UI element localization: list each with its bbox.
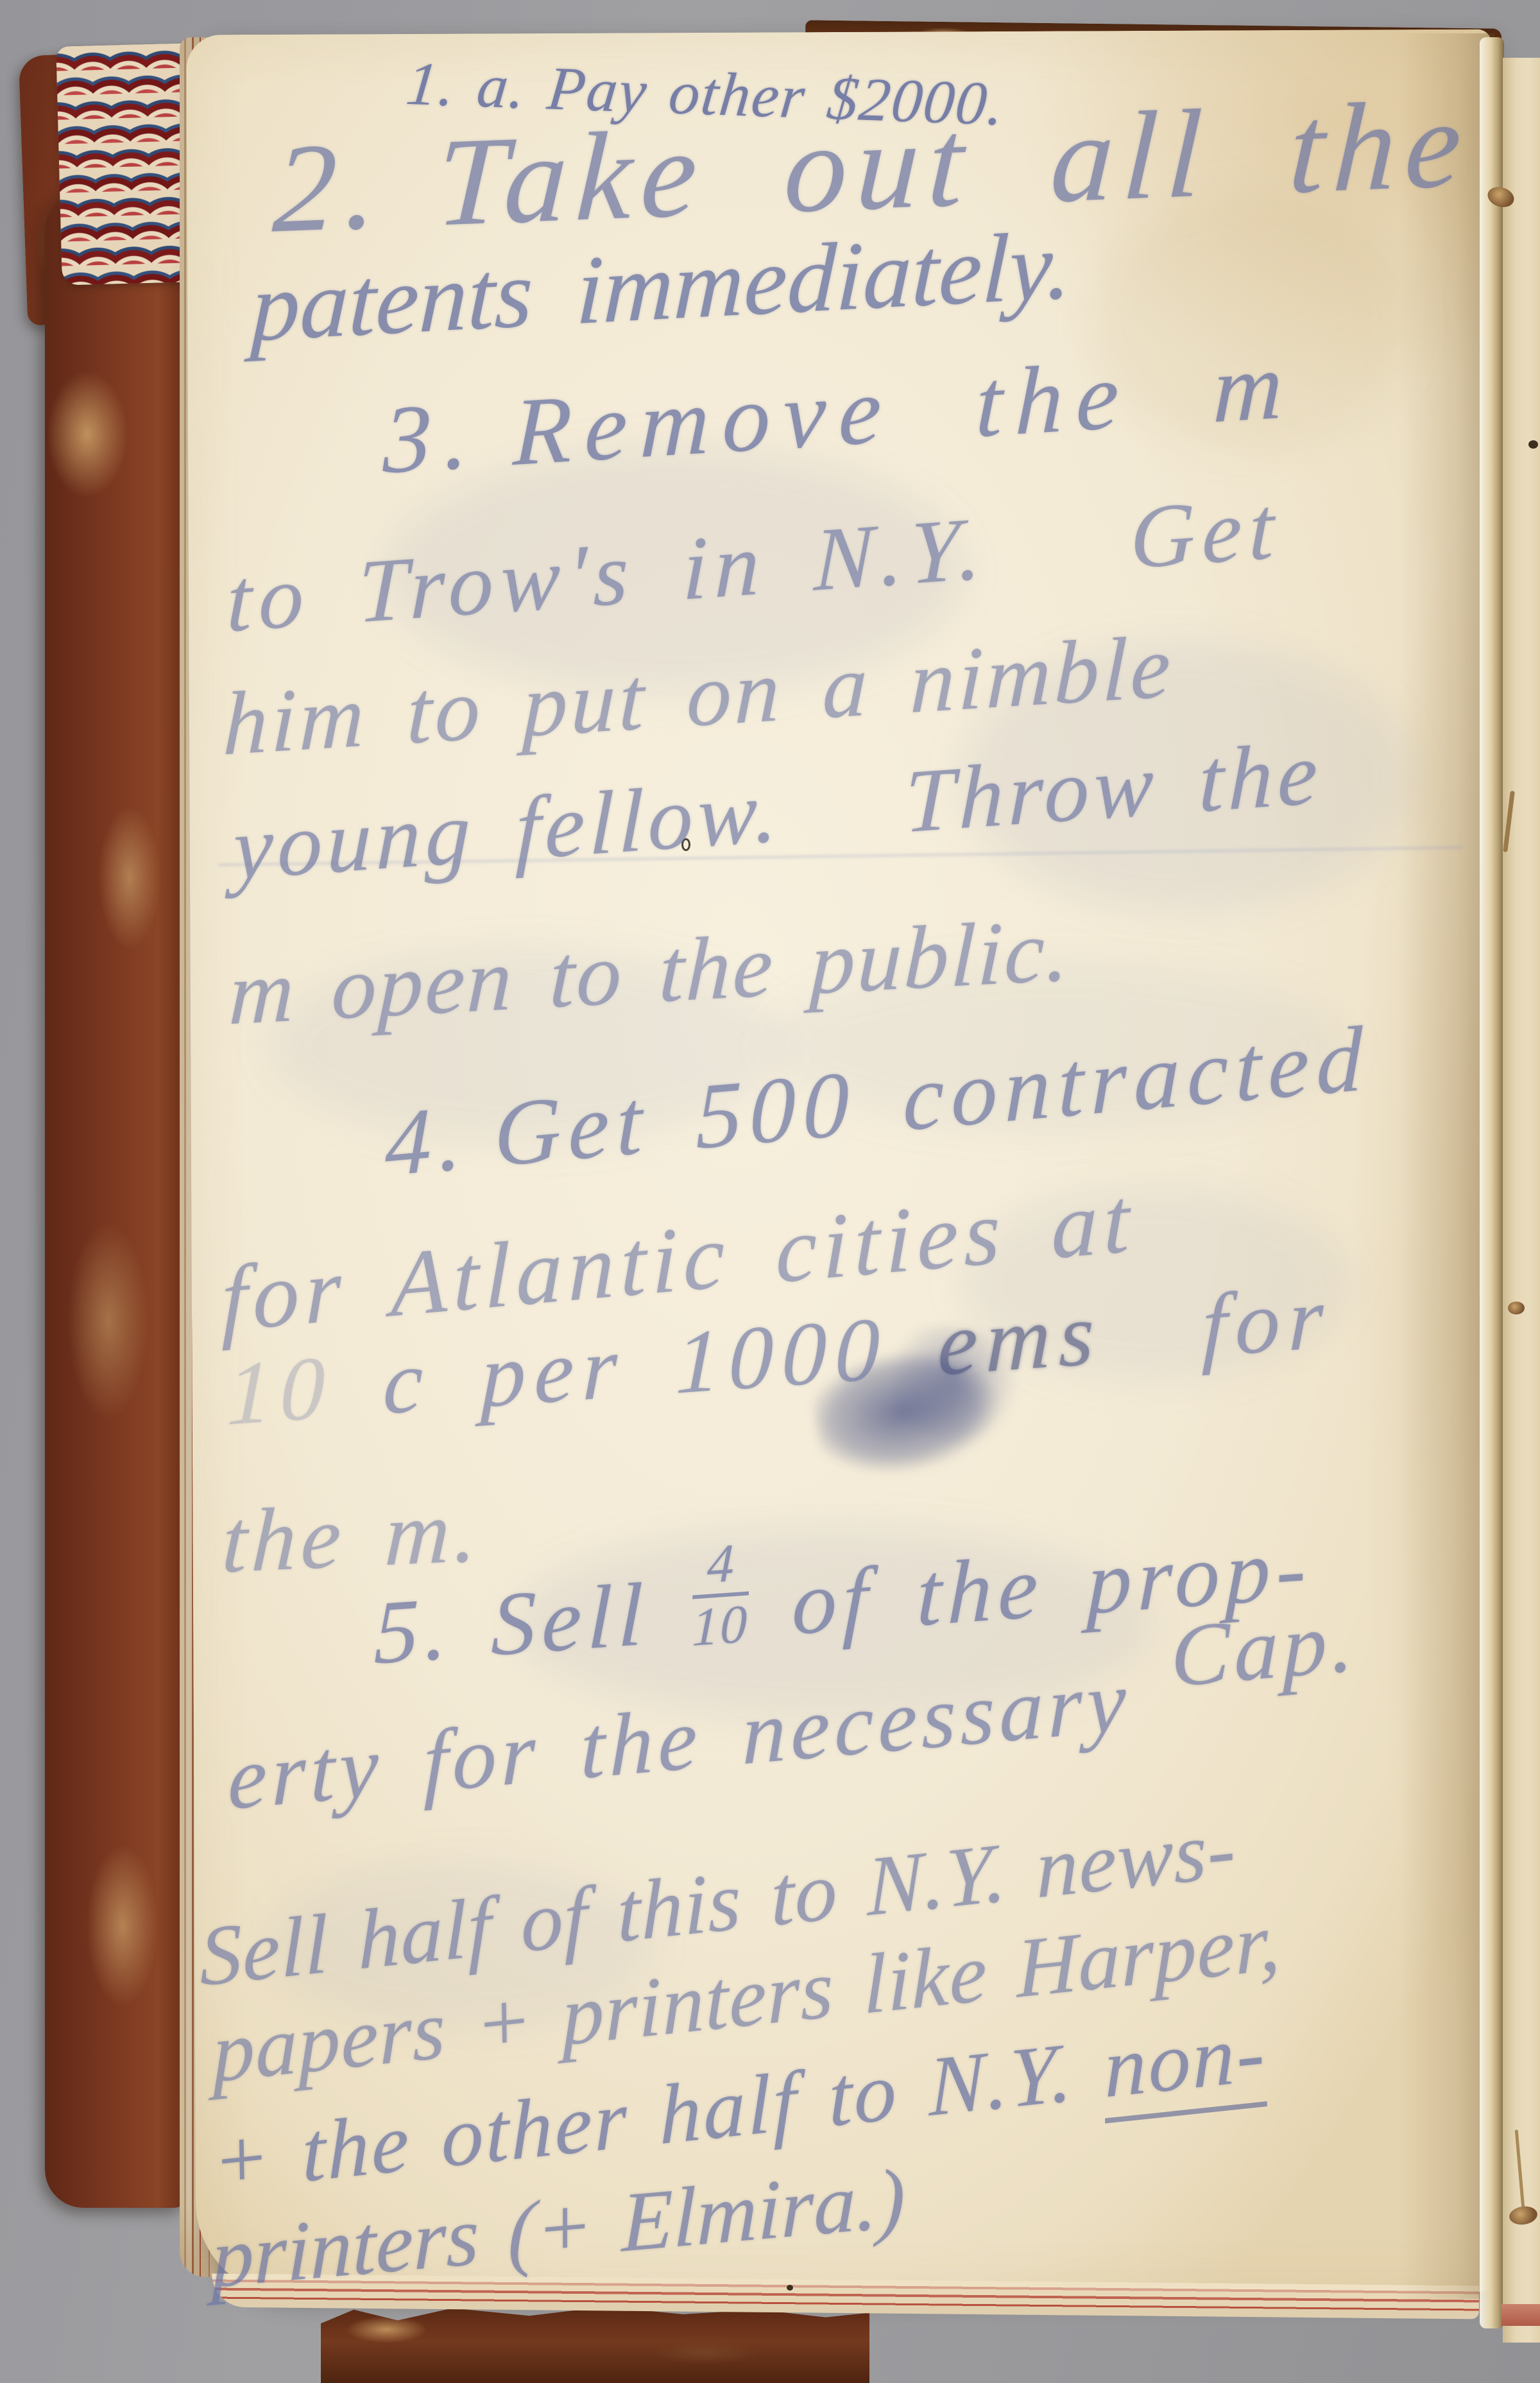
line-text: for bbox=[1101, 1268, 1332, 1384]
underlined-word: non- bbox=[1104, 2004, 1267, 2123]
list-number: 2. bbox=[270, 112, 389, 261]
faint-text: 10 bbox=[226, 1334, 384, 1445]
gutter-fold-ridge bbox=[1480, 37, 1504, 2328]
marbled-endpaper bbox=[56, 43, 191, 285]
fraction-numerator: 4 bbox=[692, 1535, 749, 1599]
scribbled-word: ems bbox=[937, 1284, 1103, 1395]
list-number: 5. bbox=[373, 1576, 454, 1685]
line-text: Sell bbox=[490, 1561, 693, 1674]
dirt-speck bbox=[1528, 440, 1538, 449]
fraction-four-tenths: 410 bbox=[692, 1535, 750, 1655]
fraction-denominator: 10 bbox=[692, 1595, 749, 1655]
dirt-speck bbox=[787, 2285, 793, 2291]
raised-word: Cap. bbox=[1171, 1591, 1358, 1706]
bottom-leather-cover bbox=[321, 2307, 869, 2383]
facing-page-edge bbox=[1503, 58, 1540, 2343]
leather-cover-spine bbox=[45, 193, 186, 2208]
notebook-photo: 1. a. Pay other $2000. 2.Take out all th… bbox=[0, 0, 1540, 2383]
list-number: 4. bbox=[385, 1084, 468, 1198]
facing-page-red-edge bbox=[1502, 2304, 1540, 2326]
list-number: 3. bbox=[382, 379, 483, 496]
binding-stitch bbox=[1508, 1302, 1525, 1314]
